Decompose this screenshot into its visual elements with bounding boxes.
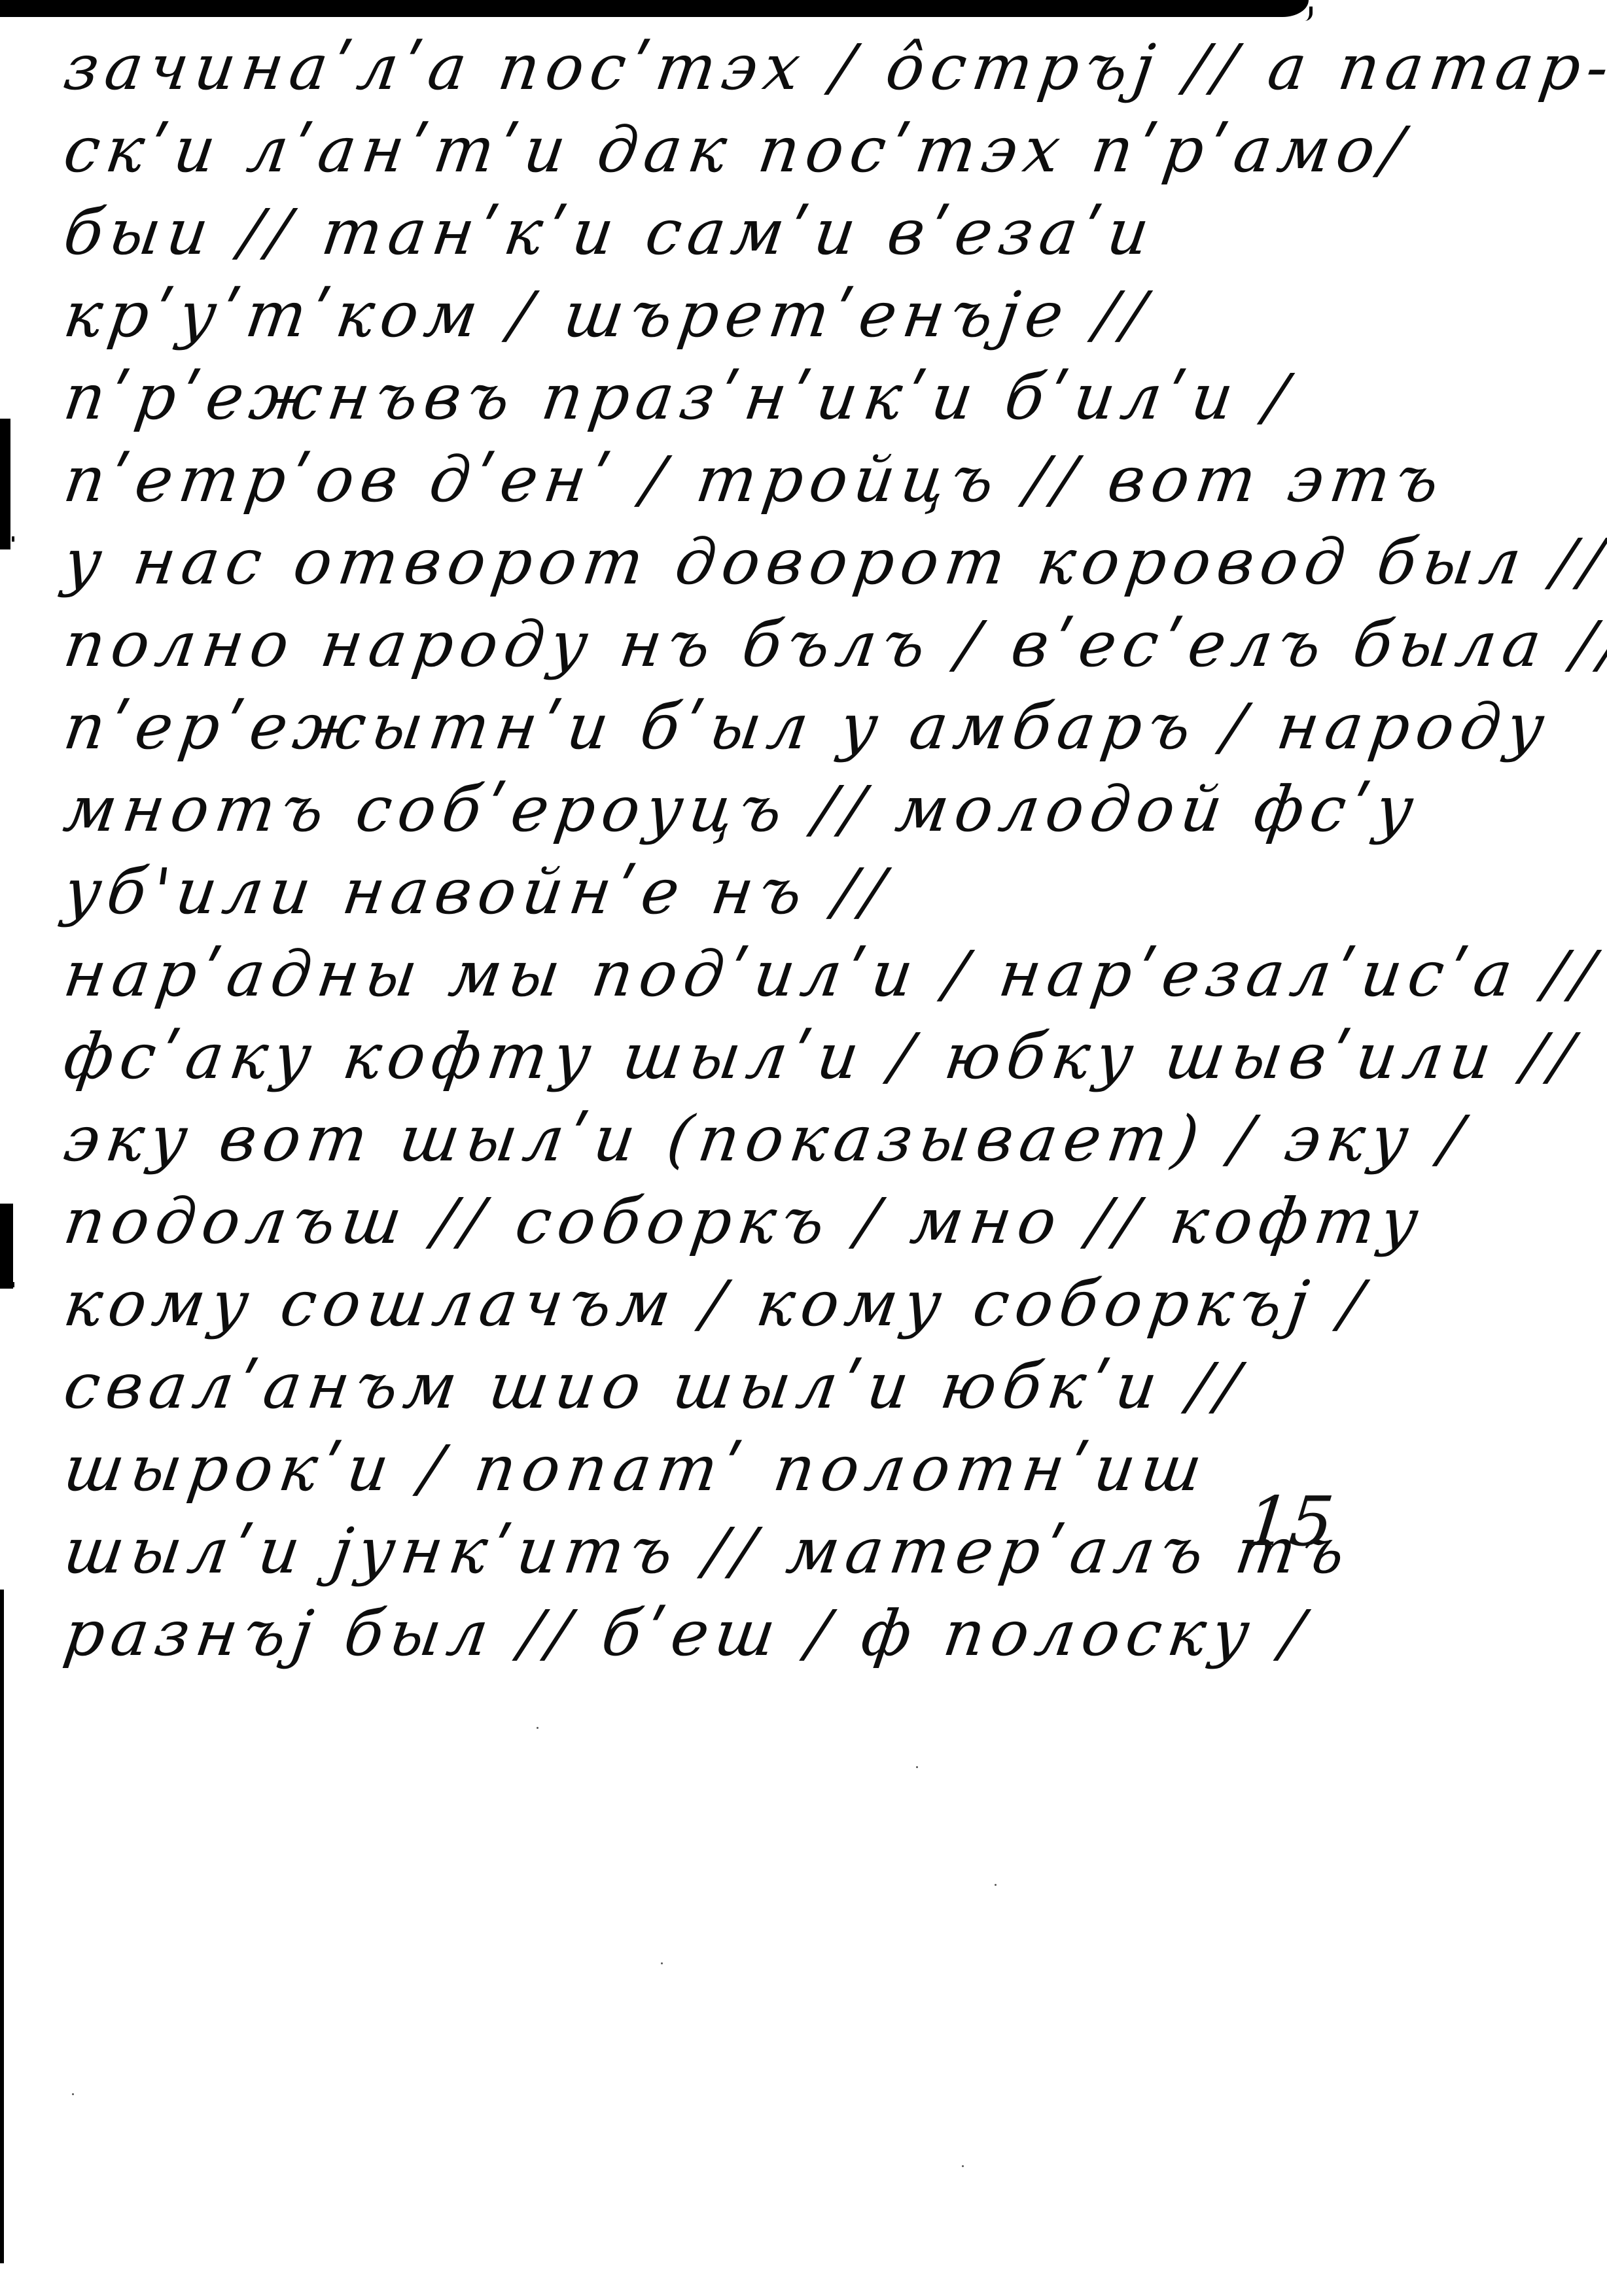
scan-speck bbox=[72, 2093, 74, 2095]
scan-speck bbox=[537, 1727, 539, 1729]
scan-tick-mark bbox=[12, 536, 14, 542]
text-line-11: уб'или навойнʹе нъ // bbox=[59, 850, 1379, 933]
text-line-10: мнотъ собʹероуцъ // молодой фсʹу bbox=[59, 768, 1379, 850]
text-line-2: скʹи лʹанʹтʹи дак посʹтэх пʹрʹамо/ bbox=[59, 109, 1379, 191]
text-line-16: кому сошлачъм / кому соборкъj / bbox=[59, 1262, 1379, 1345]
scan-left-shadow bbox=[0, 1204, 13, 1289]
scan-speck bbox=[962, 2165, 964, 2167]
page-number: 15 bbox=[1243, 1482, 1337, 1561]
text-line-13: фсʹаку кофту шылʹи / юбку шывʹили // bbox=[59, 1015, 1379, 1098]
text-line-17: свалʹанъм шио шылʹи юбкʹи // bbox=[59, 1345, 1379, 1427]
text-line-12: нарʹадны мы подʹилʹи / нарʹезалʹисʹа // bbox=[59, 933, 1379, 1015]
scan-speck bbox=[995, 1884, 997, 1886]
text-line-5: пʹрʹежнъвъ празʹнʹикʹи бʹилʹи / bbox=[59, 356, 1379, 438]
scan-left-edge-line bbox=[0, 1590, 4, 2263]
text-line-6: пʹетрʹов дʹенʹ / тройцъ // вот этъ bbox=[59, 438, 1379, 521]
scan-top-edge bbox=[0, 0, 1309, 17]
text-line-1: зачинаʹлʹа посʹтэх / ôстръj // а патар- bbox=[59, 26, 1379, 109]
text-line-9: пʹерʹежытнʹи бʹыл у амбаръ / народу bbox=[59, 686, 1379, 768]
text-line-20: разнъj был // бʹеш / ф полоску / bbox=[59, 1592, 1379, 1675]
text-line-4: крʹуʹтʹком / шъретʹенъjе // bbox=[59, 273, 1379, 356]
scan-speck bbox=[916, 1766, 918, 1768]
text-line-7: у нас отворот доворот коровод был // bbox=[59, 521, 1379, 603]
text-line-19: шылʹи jункʹитъ // матерʹалъ тъ bbox=[59, 1510, 1379, 1592]
text-line-14: эку вот шылʹи (показывает) / эку / bbox=[59, 1098, 1379, 1180]
scan-left-shadow bbox=[0, 419, 10, 549]
text-line-8: полно народу нъ бълъ / вʹесʹелъ была // bbox=[59, 603, 1379, 686]
scan-tick-mark bbox=[12, 1282, 14, 1287]
text-line-3: быи // танʹкʹи самʹи вʹезаʹи bbox=[59, 191, 1379, 273]
scanned-page: зачинаʹлʹа посʹтэх / ôстръj // а патар- … bbox=[0, 0, 1607, 2296]
handwritten-text-block: зачинаʹлʹа посʹтэх / ôстръj // а патар- … bbox=[59, 26, 1368, 1675]
text-line-15: подолъш // соборкъ / мно // кофту bbox=[59, 1180, 1379, 1262]
scan-speck bbox=[661, 1962, 663, 1964]
text-line-18: шырокʹи / попаmʹ полотнʹиш bbox=[59, 1427, 1379, 1510]
